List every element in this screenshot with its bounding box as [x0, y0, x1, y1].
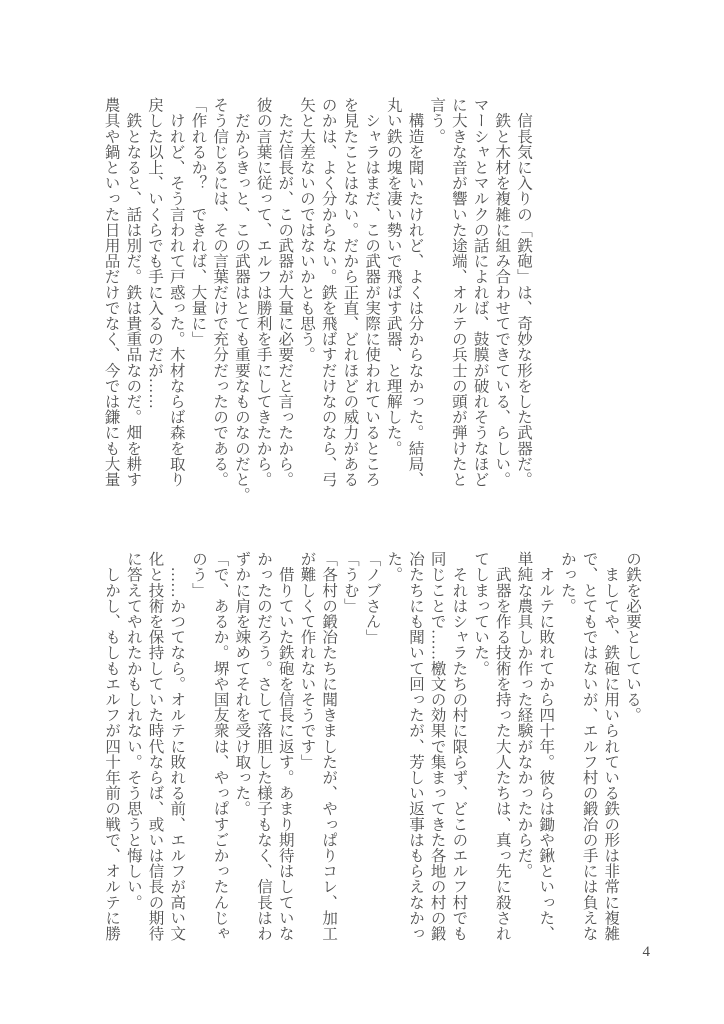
text-line: のう」	[187, 551, 209, 951]
text-line: かった。	[556, 551, 578, 951]
text-line: 「で、あるか。堺や国友衆は、やっぱすごかったんじゃ	[209, 551, 231, 951]
book-page: 信長気に入りの「鉄砲」は、奇妙な形をした武器だ。 鉄と木材を複雑に組み合わせてで…	[0, 0, 724, 1024]
text-line: に大きな音が響いた途端、オルテの兵士の頭が弾けたと	[447, 97, 469, 509]
text-line: しかし、もしもエルフが四十年前の戦で、オルテに勝	[100, 551, 122, 951]
text-line: けれど、そう言われて戸惑った。木材ならば森を取り	[165, 97, 187, 509]
text-line: ……かつてなら。オルテに敗れる前、エルフが高い文	[166, 551, 188, 951]
text-line: ただ信長が、この武器が大量に必要だと言ったから。	[274, 97, 296, 509]
text-line: に答えてやれたかもしれない。そう思うと悔しい。	[122, 551, 144, 951]
text-line: 鉄となると、話は別だ。鉄は貴重品なのだ。畑を耕す	[122, 97, 144, 509]
text-line: 借りていた鉄砲を信長に返す。あまり期待はしていな	[274, 551, 296, 951]
text-line: だからきっと、この武器はとても重要なものなのだと。	[230, 97, 252, 509]
text-line: 彼の言葉に従って、エルフは勝利を手にしてきたから。	[252, 97, 274, 509]
text-line: そう信じるには、その言葉だけで充分だったのである。	[208, 97, 230, 509]
text-line: 農具や鍋といった日用品だけでなく、今では鎌にも大量	[100, 97, 122, 509]
text-line: 「各村の鍛冶たちに聞きましたが、やっぱりコレ、加工	[317, 551, 339, 951]
text-line: が難しくて作れないそうです」	[296, 551, 318, 951]
text-line: シャラはまだ、この武器が実際に使われているところ	[360, 97, 382, 509]
text-line: ずかに肩を竦めてそれを受け取った。	[231, 551, 253, 951]
text-line: 構造を聞いたけれど、よくは分からなかった。結局、	[404, 97, 426, 509]
text-line: 同じことで……檄文の効果で集まってきた各地の村の鍛	[426, 551, 448, 951]
text-line: オルテに敗れてから四十年。彼らは鋤や鍬といった、	[534, 551, 556, 951]
text-line: それはシャラたちの村に限らず、どこのエルフ村でも	[448, 551, 470, 951]
page-number: 4	[643, 944, 651, 961]
text-line: で、とてもではないが、エルフ村の鍛冶の手には負えな	[578, 551, 600, 951]
text-line: 「うむ」	[339, 551, 361, 951]
text-band-bottom: の鉄を必要としている。 ましてや、鉄砲に用いられている鉄の形は非常に複雑で、とて…	[98, 551, 643, 951]
text-line: 化と技術を保持していた時代ならば、或いは信長の期待	[144, 551, 166, 951]
text-line: 矢と大差ないのではないかとも思う。	[295, 97, 317, 509]
text-line: 武器を作る技術を持った大人たちは、真っ先に殺され	[491, 551, 513, 951]
text-line: 「ノブさん」	[361, 551, 383, 951]
text-line: てしまっていた。	[469, 551, 491, 951]
text-line: 戻した以上、いくらでも手に入るのだが……	[143, 97, 165, 509]
text-line: 信長気に入りの「鉄砲」は、奇妙な形をした武器だ。	[512, 97, 534, 509]
text-line: 鉄と木材を複雑に組み合わせてできている、らしい。	[491, 97, 513, 509]
text-line: 言う。	[425, 97, 447, 509]
text-line: 丸い鉄の塊を凄い勢いで飛ばす武器、と理解した。	[382, 97, 404, 509]
text-line: の鉄を必要としている。	[621, 551, 643, 951]
text-line: た。	[383, 551, 405, 951]
text-line: 単純な農具しか作った経験がなかったからだ。	[513, 551, 535, 951]
text-line: 冶たちにも聞いて回ったが、芳しい返事はもらえなかっ	[404, 551, 426, 951]
text-line: かったのだろう。さして落胆した様子もなく、信長はわ	[252, 551, 274, 951]
text-line: ましてや、鉄砲に用いられている鉄の形は非常に複雑	[600, 551, 622, 951]
text-band-top: 信長気に入りの「鉄砲」は、奇妙な形をした武器だ。 鉄と木材を複雑に組み合わせてで…	[98, 97, 534, 509]
text-line: マーシャとマルクの話によれば、鼓膜が破れそうなほど	[469, 97, 491, 509]
text-line: を見たことはない。だから正直、どれほどの威力がある	[339, 97, 361, 509]
text-line: のかは、よく分からない。鉄を飛ばすだけなのなら、弓	[317, 97, 339, 509]
text-line: 「作れるか？ できれば、大量に」	[187, 97, 209, 509]
